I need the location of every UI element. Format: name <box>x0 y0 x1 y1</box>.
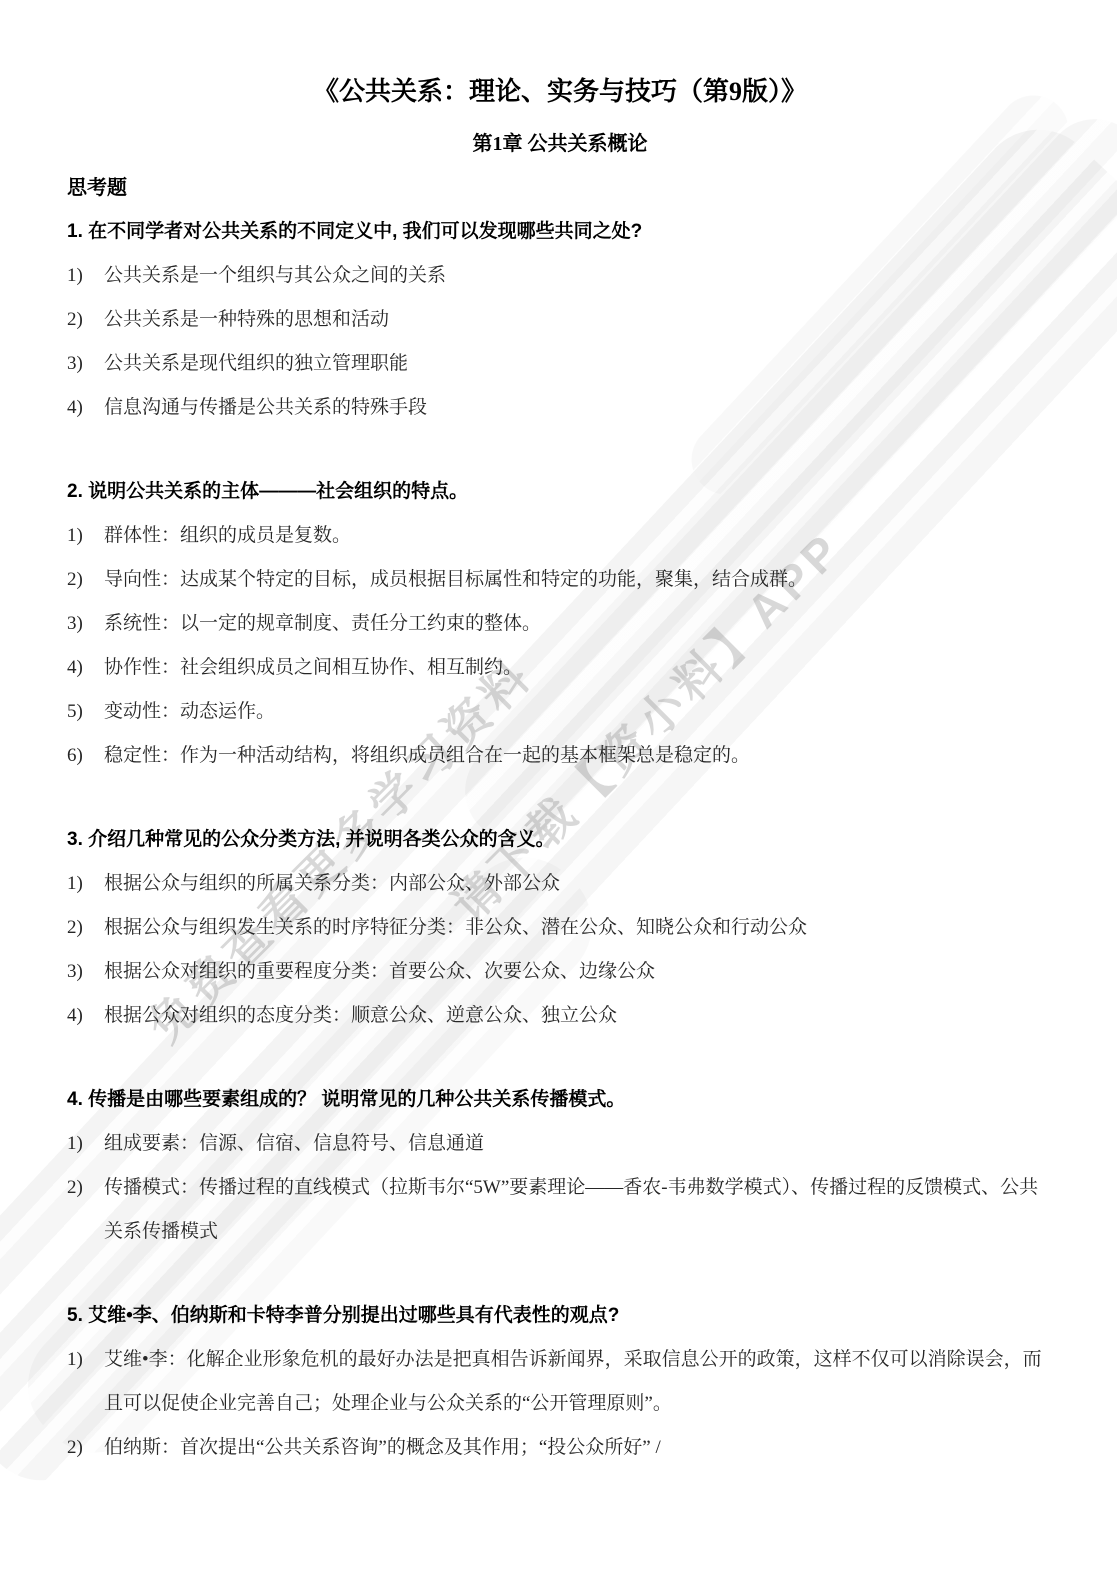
answer-number: 1) <box>67 514 104 558</box>
answer-item: 6)稳定性：作为一种活动结构，将组织成员组合在一起的基本框架总是稳定的。 <box>67 734 1053 778</box>
answer-text: 组成要素：信源、信宿、信息符号、信息通道 <box>104 1122 1053 1166</box>
doc-title: 《公共关系：理论、实务与技巧（第9版）》 <box>67 70 1053 114</box>
answer-number: 4) <box>67 386 104 430</box>
answer-text: 伯纳斯：首次提出“公共关系咨询”的概念及其作用；“投公众所好” / <box>104 1426 1053 1470</box>
questions-list: 1. 在不同学者对公共关系的不同定义中, 我们可以发现哪些共同之处?1)公共关系… <box>67 210 1053 1470</box>
question-heading: 5. 艾维•李、伯纳斯和卡特李普分别提出过哪些具有代表性的观点? <box>67 1294 1053 1338</box>
answer-item: 1)群体性：组织的成员是复数。 <box>67 514 1053 558</box>
answer-text: 群体性：组织的成员是复数。 <box>104 514 1053 558</box>
answer-number: 4) <box>67 994 104 1038</box>
answer-item: 2)伯纳斯：首次提出“公共关系咨询”的概念及其作用；“投公众所好” / <box>67 1426 1053 1470</box>
answer-item: 4)协作性：社会组织成员之间相互协作、相互制约。 <box>67 646 1053 690</box>
answer-text: 公共关系是一种特殊的思想和活动 <box>104 298 1053 342</box>
answer-text: 传播模式：传播过程的直线模式（拉斯韦尔“5W”要素理论——香农-韦弗数学模式）、… <box>104 1166 1053 1254</box>
answer-item: 3)根据公众对组织的重要程度分类：首要公众、次要公众、边缘公众 <box>67 950 1053 994</box>
answer-number: 1) <box>67 1338 104 1426</box>
answer-item: 1)艾维•李：化解企业形象危机的最好办法是把真相告诉新闻界，采取信息公开的政策，… <box>67 1338 1053 1426</box>
document-content: 《公共关系：理论、实务与技巧（第9版）》 第1章 公共关系概论 思考题 1. 在… <box>0 0 1117 1470</box>
answer-item: 1)根据公众与组织的所属关系分类：内部公众、外部公众 <box>67 862 1053 906</box>
answer-number: 5) <box>67 690 104 734</box>
answer-item: 2)根据公众与组织发生关系的时序特征分类：非公众、潜在公众、知晓公众和行动公众 <box>67 906 1053 950</box>
answer-text: 根据公众与组织的所属关系分类：内部公众、外部公众 <box>104 862 1053 906</box>
answer-item: 3)系统性：以一定的规章制度、责任分工约束的整体。 <box>67 602 1053 646</box>
answer-number: 3) <box>67 950 104 994</box>
document-page: 免费查看更多学习资料 请下载【资小料】APP 《公共关系：理论、实务与技巧（第9… <box>0 0 1117 1579</box>
answer-number: 2) <box>67 298 104 342</box>
answer-item: 1)组成要素：信源、信宿、信息符号、信息通道 <box>67 1122 1053 1166</box>
answer-number: 1) <box>67 254 104 298</box>
answer-item: 2)传播模式：传播过程的直线模式（拉斯韦尔“5W”要素理论——香农-韦弗数学模式… <box>67 1166 1053 1254</box>
answer-number: 6) <box>67 734 104 778</box>
section-label: 思考题 <box>67 166 1053 210</box>
question-heading: 4. 传播是由哪些要素组成的？ 说明常见的几种公共关系传播模式。 <box>67 1078 1053 1122</box>
answer-text: 协作性：社会组织成员之间相互协作、相互制约。 <box>104 646 1053 690</box>
answer-text: 系统性：以一定的规章制度、责任分工约束的整体。 <box>104 602 1053 646</box>
answer-number: 4) <box>67 646 104 690</box>
answer-item: 3)公共关系是现代组织的独立管理职能 <box>67 342 1053 386</box>
question-heading: 1. 在不同学者对公共关系的不同定义中, 我们可以发现哪些共同之处? <box>67 210 1053 254</box>
question-block: 4. 传播是由哪些要素组成的？ 说明常见的几种公共关系传播模式。1)组成要素：信… <box>67 1078 1053 1254</box>
answer-number: 3) <box>67 342 104 386</box>
answer-text: 根据公众对组织的态度分类：顺意公众、逆意公众、独立公众 <box>104 994 1053 1038</box>
question-heading: 3. 介绍几种常见的公众分类方法, 并说明各类公众的含义。 <box>67 818 1053 862</box>
answer-item: 2)导向性：达成某个特定的目标，成员根据目标属性和特定的功能，聚集，结合成群。 <box>67 558 1053 602</box>
answer-number: 2) <box>67 558 104 602</box>
answer-text: 根据公众对组织的重要程度分类：首要公众、次要公众、边缘公众 <box>104 950 1053 994</box>
question-heading: 2. 说明公共关系的主体———社会组织的特点。 <box>67 470 1053 514</box>
answer-text: 变动性：动态运作。 <box>104 690 1053 734</box>
answer-number: 1) <box>67 862 104 906</box>
answer-item: 1)公共关系是一个组织与其公众之间的关系 <box>67 254 1053 298</box>
chapter-title: 第1章 公共关系概论 <box>67 122 1053 166</box>
question-block: 5. 艾维•李、伯纳斯和卡特李普分别提出过哪些具有代表性的观点?1)艾维•李：化… <box>67 1294 1053 1470</box>
answer-number: 2) <box>67 1166 104 1254</box>
answer-item: 4)信息沟通与传播是公共关系的特殊手段 <box>67 386 1053 430</box>
answer-text: 导向性：达成某个特定的目标，成员根据目标属性和特定的功能，聚集，结合成群。 <box>104 558 1053 602</box>
question-block: 1. 在不同学者对公共关系的不同定义中, 我们可以发现哪些共同之处?1)公共关系… <box>67 210 1053 430</box>
question-block: 3. 介绍几种常见的公众分类方法, 并说明各类公众的含义。1)根据公众与组织的所… <box>67 818 1053 1038</box>
answer-text: 艾维•李：化解企业形象危机的最好办法是把真相告诉新闻界，采取信息公开的政策，这样… <box>104 1338 1053 1426</box>
answer-text: 公共关系是现代组织的独立管理职能 <box>104 342 1053 386</box>
answer-item: 5)变动性：动态运作。 <box>67 690 1053 734</box>
answer-number: 1) <box>67 1122 104 1166</box>
answer-text: 根据公众与组织发生关系的时序特征分类：非公众、潜在公众、知晓公众和行动公众 <box>104 906 1053 950</box>
answer-number: 2) <box>67 1426 104 1470</box>
answer-text: 公共关系是一个组织与其公众之间的关系 <box>104 254 1053 298</box>
answer-item: 4)根据公众对组织的态度分类：顺意公众、逆意公众、独立公众 <box>67 994 1053 1038</box>
answer-text: 稳定性：作为一种活动结构，将组织成员组合在一起的基本框架总是稳定的。 <box>104 734 1053 778</box>
answer-number: 2) <box>67 906 104 950</box>
answer-item: 2)公共关系是一种特殊的思想和活动 <box>67 298 1053 342</box>
answer-number: 3) <box>67 602 104 646</box>
question-block: 2. 说明公共关系的主体———社会组织的特点。1)群体性：组织的成员是复数。2)… <box>67 470 1053 778</box>
answer-text: 信息沟通与传播是公共关系的特殊手段 <box>104 386 1053 430</box>
